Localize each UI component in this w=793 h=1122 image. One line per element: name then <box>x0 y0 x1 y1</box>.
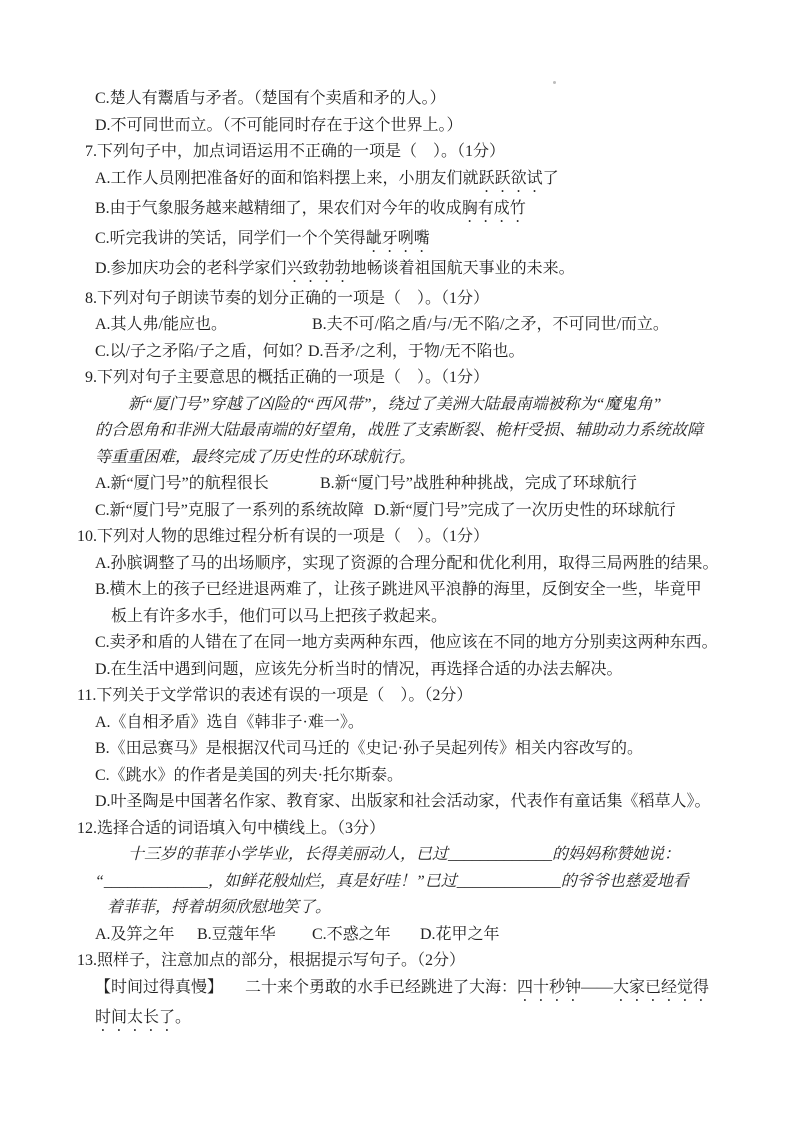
q9-option-b: B.新“厦门号”战胜种种挑战，完成了环球航行 <box>320 475 637 492</box>
q13-emphasized-3: 时间太长了 <box>95 1009 175 1026</box>
q11-option-b: B.《田忌赛马》是根据汉代司马迁的《史记·孙子吴起列传》相关内容改写的。 <box>95 736 765 763</box>
q7-option-d-emphasized: 兴致勃勃 <box>287 260 351 277</box>
q9-passage-line3: 等重重困难，最终完成了历史性的环球航行。 <box>95 445 765 472</box>
q10-option-a: A.孙膑调整了马的出场顺序，实现了资源的合理分配和优化利用，取得三局两胜的结果。 <box>95 551 765 578</box>
q9-stem: 9.下列对句子主要意思的概括正确的一项是（ ）。（1分） <box>85 365 765 392</box>
q12-stem: 12.选择合适的词语填入句中横线上。（3分） <box>77 816 765 843</box>
q9-options-ab: A.新“厦门号”的航程很长B.新“厦门号”战胜种种挑战，完成了环球航行 <box>95 471 765 498</box>
q11-option-a: A.《自相矛盾》选自《韩非子·难一》。 <box>95 710 765 737</box>
q9-option-d: D.新“厦门号”完成了一次历史性的环球航行 <box>374 502 676 519</box>
q7-option-b-emphasized: 胸有成竹 <box>462 200 526 217</box>
q7-option-d: D.参加庆功会的老科学家们兴致勃勃地畅谈着祖国航天事业的未来。 <box>95 256 765 286</box>
q7-option-b: B.由于气象服务越来越精细了，果农们对今年的收成胸有成竹 <box>95 196 765 226</box>
q7-option-c-emphasized: 龇牙咧嘴 <box>366 230 430 247</box>
q7-option-a-emphasized: 跃跃欲试 <box>479 170 543 187</box>
q9-passage-line2: 的合恩角和非洲大陆最南端的好望角，战胜了支索断裂、桅杆受损、辅助动力系统故障 <box>95 418 765 445</box>
q10-option-d: D.在生活中遇到问题，应该先分析当时的情况，再选择合适的办法去解决。 <box>95 657 765 684</box>
q13-stem: 13.照样子，注意加点的部分，根据提示写句子。（2分） <box>77 948 765 975</box>
q12-option-c: C.不惑之年 <box>312 922 420 949</box>
q8-stem: 8.下列对句子朗读节奏的划分正确的一项是（ ）。（1分） <box>85 286 765 313</box>
q9-passage-line1: 新“厦门号”穿越了凶险的“西风带”，绕过了美洲大陆最南端被称为“魔鬼角” <box>128 392 765 419</box>
q12-passage-line1: 十三岁的菲菲小学毕业，长得美丽动人，已过_____________的妈妈称赞她说… <box>128 842 765 869</box>
q7-option-a-post: 了 <box>543 170 559 187</box>
q6-option-d: D.不可同世而立。（不可能同时存在于这个世界上。） <box>95 113 765 140</box>
q11-option-d: D.叶圣陶是中国著名作家、教育家、出版家和社会活动家，代表作有童话集《稻草人》。 <box>95 789 765 816</box>
q10-stem: 10.下列对人物的思维过程分析有误的一项是（ ）。（1分） <box>77 524 765 551</box>
q12-option-a: A.及笄之年 <box>95 922 197 949</box>
q9-option-a: A.新“厦门号”的航程很长 <box>95 471 320 498</box>
q13-body-post: 。 <box>175 1009 191 1026</box>
q7-option-d-pre: D.参加庆功会的老科学家们 <box>95 260 287 277</box>
q7-option-b-pre: B.由于气象服务越来越精细了，果农们对今年的收成 <box>95 200 462 217</box>
q13-body-pre: 二十来个勇敢的水手已经跳进了大海： <box>245 979 517 996</box>
q13-body-line2: 时间太长了。 <box>95 1005 765 1035</box>
q10-option-c: C.卖矛和盾的人错在了在同一地方卖两种东西，他应该在不同的地方分别卖这两种东西。 <box>95 630 765 657</box>
q7-option-c-pre: C.听完我讲的笑话，同学们一个个笑得 <box>95 230 366 247</box>
q11-option-c: C.《跳水》的作者是美国的列夫·托尔斯泰。 <box>95 763 765 790</box>
exam-content: C.楚人有鬻盾与矛者。（楚国有个卖盾和矛的人。） D.不可同世而立。（不可能同时… <box>0 86 765 1035</box>
q8-option-a: A.其人弗/能应也。 <box>95 312 312 339</box>
q10-option-b-line1: B.横木上的孩子已经进退两难了，让孩子跳进风平浪静的海里，反倒安全一些，毕竟甲 <box>95 577 765 604</box>
q12-options: A.及笄之年B.豆蔻年华C.不惑之年D.花甲之年 <box>95 922 765 949</box>
scan-speck <box>553 81 556 84</box>
q12-passage-line3: 着菲菲，捋着胡须欣慰地笑了。 <box>107 895 765 922</box>
q8-options-ab: A.其人弗/能应也。B.夫不可/陷之盾/与/无不陷/之矛，不可同世/而立。 <box>95 312 765 339</box>
q8-option-d: D.吾矛/之利，于物/无不陷也。 <box>308 343 524 360</box>
q6-option-c: C.楚人有鬻盾与矛者。（楚国有个卖盾和矛的人。） <box>95 86 765 113</box>
q10-option-b-line2: 板上有许多水手，他们可以马上把孩子救起来。 <box>111 604 765 631</box>
q13-emphasized-1: 四十秒钟 <box>517 979 581 996</box>
q7-option-d-post: 地畅谈着祖国航天事业的未来。 <box>351 260 575 277</box>
q12-option-d: D.花甲之年 <box>420 926 500 943</box>
q7-stem: 7.下列句子中，加点词语运用不正确的一项是（ ）。（1分） <box>85 139 765 166</box>
q13-hint-label: 【时间过得真慢】 <box>95 979 223 996</box>
q7-option-a-pre: A.工作人员刚把准备好的面和馅料摆上来，小朋友们就 <box>95 170 479 187</box>
q13-body-line1: 【时间过得真慢】二十来个勇敢的水手已经跳进了大海：四十秒钟——大家已经觉得 <box>95 975 765 1005</box>
exam-page: C.楚人有鬻盾与矛者。（楚国有个卖盾和矛的人。） D.不可同世而立。（不可能同时… <box>0 0 793 1122</box>
q13-dash: —— <box>581 979 613 996</box>
q8-options-cd: C.以/子之矛陷/子之盾，何如？D.吾矛/之利，于物/无不陷也。 <box>95 339 765 366</box>
q8-option-c: C.以/子之矛陷/子之盾，何如？ <box>95 339 308 366</box>
q7-option-a: A.工作人员刚把准备好的面和馅料摆上来，小朋友们就跃跃欲试了 <box>95 166 765 196</box>
q11-stem: 11.下列关于文学常识的表述有误的一项是（ ）。（2分） <box>77 683 765 710</box>
q12-option-b: B.豆蔻年华 <box>197 922 312 949</box>
q12-passage-line2: “_____________，如鲜花般灿烂，真是好哇！”已过__________… <box>95 869 765 896</box>
q9-option-c: C.新“厦门号”克服了一系列的系统故障 <box>95 502 364 519</box>
q7-option-c: C.听完我讲的笑话，同学们一个个笑得龇牙咧嘴 <box>95 226 765 256</box>
q9-options-cd: C.新“厦门号”克服了一系列的系统故障D.新“厦门号”完成了一次历史性的环球航行 <box>95 498 765 525</box>
q13-emphasized-2: 大家已经觉得 <box>613 979 709 996</box>
q8-option-b: B.夫不可/陷之盾/与/无不陷/之矛，不可同世/而立。 <box>312 316 669 333</box>
